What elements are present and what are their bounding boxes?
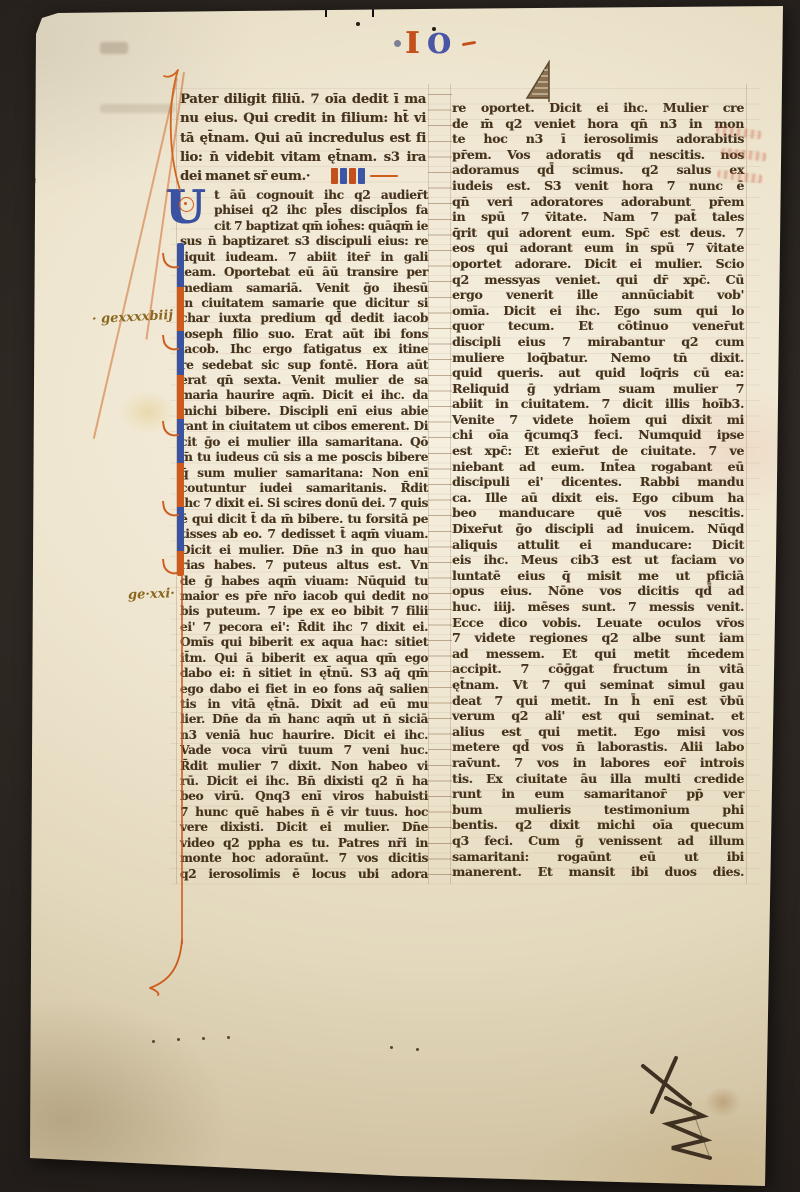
text-line: ad messem. Et qui metit m̄cedem: [452, 646, 744, 662]
text-line: cit 7 baptizat qm̄ ioh̄es: quāqm̄ ie: [180, 219, 428, 234]
text-line: iacob. Ihc ergo fatigatus ex itine: [180, 342, 428, 357]
pricking-dot: [227, 1036, 230, 1039]
text-line: quor tecum. Et cōtinuo vener̄ut: [452, 318, 744, 334]
text-line: discipuli ei' dicentes. Rabbi mandu: [452, 474, 744, 490]
text-line: lier. Dn̄e da m̄ hanc aqm̄ ut n̄ siciā: [180, 712, 428, 727]
column-rule: [746, 84, 747, 884]
chapter-numeral-IIII: [331, 167, 398, 184]
margin-note-genesis-21: ge·xxi·: [128, 586, 175, 603]
text-line: coutuntur iudei samaritanis. R̄dit: [180, 481, 428, 496]
pen-trial-zigzag: [630, 1052, 730, 1167]
initial-spacer: [180, 188, 214, 219]
column-rule: [450, 84, 451, 884]
edge-mark-m: m: [27, 176, 37, 186]
text-line: tis in vitā ęt̄nā. Dixit ad eū mu: [180, 697, 428, 712]
penwork-bar: [177, 243, 184, 576]
text-line: n3 veniā huc haurire. Dicit ei ihc.: [180, 728, 428, 743]
text-line: Pater diligit filiū. 7 oīa dedit ī ma: [180, 90, 426, 109]
header-numeral-o: O: [427, 29, 451, 60]
text-line: ioseph filio suo. Erat aūt ibi fons: [180, 327, 428, 342]
gutter-ruling-lines: [428, 94, 452, 884]
text-line: iudeis est. S3 venit hora 7 nunc ē: [452, 178, 744, 194]
text-line: manerent. Et mansit ibi duos dies.: [452, 864, 744, 880]
penwork-tail: [181, 576, 183, 944]
text-line: video q2 ppha es tu. Patres nr̄i in: [180, 836, 428, 851]
text-line: t āū cognouit ihc q2 audier̄t: [180, 188, 428, 203]
text-line: dabo ei: n̄ sitiet in ęt̄nū. S3 aq̄ qm̄: [180, 666, 428, 681]
text-line: in ciuitatem samarie que dicitur si: [180, 296, 428, 311]
text-line: ē qui dicit t̄ da m̄ bibere. tu forsitā …: [180, 512, 428, 527]
text-line: Venite 7 videte hoīem qui dixit mi: [452, 412, 744, 428]
pricking-dot: [177, 1038, 180, 1041]
text-line: nu eius. Qui credit in filium: ht̄ vi: [180, 109, 426, 128]
numeral-bar: [340, 168, 347, 184]
text-line: tis. Ex ciuitate āu illa multi credide: [452, 771, 744, 787]
parchment-leaf: I O Pater diligit filiū. 7 oīa dedit ī m…: [0, 0, 800, 1192]
text-line: q3 feci. Cum ḡ venissent ad illum: [452, 833, 744, 849]
text-line: omīa. Dicit ei ihc. Ego sum qui lo: [452, 303, 744, 319]
text-line: leam. Oportebat eū āū transire per: [180, 265, 428, 280]
text-line: ei' 7 pecora ei': R̄dit ihc 7 dixit ei.: [180, 620, 428, 635]
text-line: eis ihc. Meus cib3 est ut faciam vo: [452, 552, 744, 568]
text-column-left-paragraph2: t āū cognouit ihc q2 audier̄tphisei q2 i…: [180, 188, 428, 882]
text-line: ihc 7 dixit ei. Si scires donū dei. 7 qu…: [180, 496, 428, 511]
pencil-mark: [100, 42, 128, 54]
text-line: eos qui adorant eum in spū 7 v̄itate: [452, 240, 744, 256]
text-line: huc. iiij. mēses sunt. 7 messis venit.: [452, 599, 744, 615]
text-line: abiit in ciuitatem. 7 dicit illis hoīb3.: [452, 396, 744, 412]
text-line: 7 videte regiones q2 albe sunt iam: [452, 630, 744, 646]
text-line: est xpc̄: Et exier̄ut de ciuitate. 7 ve: [452, 443, 744, 459]
text-line: q2 ierosolimis ē locus ubi adora: [180, 867, 428, 882]
text-line: Vade voca virū tuum 7 veni huc.: [180, 743, 428, 758]
penwork-hook: [162, 333, 179, 352]
penwork-tail-curl: [146, 938, 186, 996]
text-line: verum q2 ali' est qui seminat. et: [452, 708, 744, 724]
text-line: m̄ tu iudeus cū sis a me poscis bibere: [180, 450, 428, 465]
leaf-shadow: I O Pater diligit filiū. 7 oīa dedit ī m…: [0, 0, 800, 1192]
photo-background: I O Pater diligit filiū. 7 oīa dedit ī m…: [0, 0, 800, 1192]
text-line: Dicit ei mulier. Dn̄e n3 in quo hau: [180, 543, 428, 558]
text-line: q2 messyas veniet. qui dr̄ xpc̄. Cū: [452, 272, 744, 288]
text-line: Dixer̄ut ḡo discipli ad inuicem. Nūqd: [452, 521, 744, 537]
text-line: beo manducare quē vos nescitis.: [452, 505, 744, 521]
pricking-dot: [356, 22, 360, 26]
text-line: Ecce dico vobis. Leuate oculos vr̄os: [452, 615, 744, 631]
numeral-bar: [358, 168, 365, 184]
text-line: metere qd̄ vos n̄ laborastis. Alii labo: [452, 739, 744, 755]
text-line: adoramus qd̄ scimus. q2 salus ex: [452, 162, 744, 178]
text-line: rav̄unt. 7 vos in labores eor̄ introis: [452, 755, 744, 771]
text-line: ca. Ille aū dixit eis. Ego cibum ha: [452, 490, 744, 506]
edge-tick: [325, 9, 327, 17]
pricking-dot: [416, 1048, 419, 1051]
header-numeral-i: I: [405, 26, 419, 61]
text-line: samaritani: rogaūnt eū ut ibi: [452, 849, 744, 865]
text-line: ergo venerit ille annūciabit vob': [452, 287, 744, 303]
text-line: 7 hunc quē habes n̄ ē vir tuus. hoc: [180, 805, 428, 820]
text-line: rū. Dicit ei ihc. Bn̄ dixisti q2 n̄ ha: [180, 774, 428, 789]
numeral-bar: [349, 168, 356, 184]
text-line: re oportet. Dicit ei ihc. Mulier cre: [452, 100, 744, 116]
text-line: deat 7 qui metit. In h̄ enī est v̄bū: [452, 693, 744, 709]
numeral-bar: [331, 168, 338, 184]
text-line: maria haurire aqm̄. Dicit ei ihc. da: [180, 388, 428, 403]
ascender-flourish: [150, 62, 186, 192]
text-line: discipli eius 7 mirabantur q2 cum: [452, 334, 744, 350]
text-column-left-paragraph1: Pater diligit filiū. 7 oīa dedit ī manu …: [180, 90, 426, 168]
text-line: monte hoc adoraūnt. 7 vos dicitis: [180, 851, 428, 866]
text-line: ego dabo ei fiet in eo fons aq̄ salien: [180, 682, 428, 697]
text-line: mediam samariā. Venit ḡo ihesū: [180, 281, 428, 296]
penwork-hook: [162, 499, 179, 518]
text-line: q̄rit qui adorent eum. Spc̄ est deus. 7: [452, 225, 744, 241]
text-line: sus n̄ baptizaret s3 discipuli eius: re: [180, 234, 428, 249]
text-line: bis puteum. 7 ipe ex eo bibit 7 filii: [180, 604, 428, 619]
column-rule: [428, 84, 429, 884]
text-line: Reliquid ḡ ydriam suam mulier 7: [452, 381, 744, 397]
text-line: lio: n̄ videbit vitam ęt̄nam. s3 ira: [180, 148, 426, 167]
text-line: runt in eum samaritanor̄ pp̄ ver: [452, 786, 744, 802]
text-line: in spū 7 v̄itate. Nam 7 pat̄ tales: [452, 209, 744, 225]
text-line: maior es pr̄e nr̄o iacob qui dedit no: [180, 589, 428, 604]
text-column-right: re oportet. Dicit ei ihc. Mulier crede m…: [452, 100, 744, 880]
text-line: bentis. q2 dixit michi oīa quecum: [452, 817, 744, 833]
text-line: alius est qui metit. Ego misi vos: [452, 724, 744, 740]
text-line: te hoc n3 ī ierosolimis adorabitis: [452, 131, 744, 147]
numeral-line-filler: [370, 175, 398, 177]
text-line: Omīs qui biberit ex aqua hac: sitiet: [180, 635, 428, 650]
margin-note-genesis-48: · gexxxxbiij: [92, 308, 174, 327]
text-line: de ḡ habes aqm̄ viuam: Nūquid tu: [180, 574, 428, 589]
text-line: niebant ad eum. Int̄ea rogabant eū: [452, 459, 744, 475]
penwork-hook: [162, 251, 179, 270]
cadel-flourish: [518, 54, 562, 106]
text-line: qn̄ veri adoratores adorabunt pr̄em: [452, 194, 744, 210]
text-line: ęt̄nam. Vt 7 qui seminat simul gau: [452, 677, 744, 693]
pricking-dot: [432, 27, 436, 31]
text-line: luntatē eius q̄ misit me ut pficiā: [452, 568, 744, 584]
edge-tick: [372, 9, 374, 17]
pricking-dot: [202, 1037, 205, 1040]
header-dot: [394, 40, 401, 47]
text-line: beo virū. Qnq3 enī viros habuisti: [180, 789, 428, 804]
text-line: accipit. 7 cōḡgat fructum in vitā: [452, 661, 744, 677]
text-line: pr̄em. Vos adoratis qd̄ nescitis. nos: [452, 147, 744, 163]
text-line: cit ḡo ei mulier illa samaritana. Qō: [180, 435, 428, 450]
text-line: vere dixisti. Dicit ei mulier. Dn̄e: [180, 820, 428, 835]
text-line: de m̄ q2 veniet hora qn̄ n3 in mon: [452, 116, 744, 132]
text-line: rias habes. 7 puteus altus est. Vn: [180, 558, 428, 573]
text-line: it̄m. Qui ā biberit ex aqua qm̄ ego: [180, 651, 428, 666]
text-line: rant in ciuitatem ut cibos emerent. Di: [180, 419, 428, 434]
text-line: tā ęt̄nam. Qui aū incredulus est fi: [180, 129, 426, 148]
text-line: oportet adorare. Dicit ei mulier. Scio: [452, 256, 744, 272]
text-line: q̄ sum mulier samaritana: Non enī: [180, 466, 428, 481]
penwork-hook: [162, 419, 179, 438]
text-line: R̄dit mulier 7 dixit. Non habeo vi: [180, 759, 428, 774]
text-line: erat qn̄ sexta. Venit mulier de sa: [180, 373, 428, 388]
text-line: re sedebat sic sup fontē. Hora aūt: [180, 358, 428, 373]
pricking-dot: [152, 1040, 155, 1043]
text-line: liquit iudeam. 7 abiit iter̄ in gali: [180, 250, 428, 265]
header-flourish: [462, 41, 476, 46]
text-line: bum mulieris testimonium phi: [452, 802, 744, 818]
text-line: opus eius. Nōne vos dicitis qd̄ ad: [452, 583, 744, 599]
text-line: quid queris. aut quid loq̄ris cū ea:: [452, 365, 744, 381]
text-line: aliquis attulit ei manducare: Dicit: [452, 537, 744, 553]
penwork-hook: [162, 557, 179, 576]
text-line: tisses ab eo. 7 dedisset t̄ aqm̄ viuam.: [180, 527, 428, 542]
pricking-dot: [390, 1046, 393, 1049]
text-line: chi oīa q̄cumq3 feci. Numquid ipse: [452, 427, 744, 443]
text-line: char iuxta predium qd̄ dedit iacob: [180, 311, 428, 326]
text-line: michi bibere. Discipli enī eius abie: [180, 404, 428, 419]
text-line: muliere loq̄batur. Nemo tn̄ dixit.: [452, 350, 744, 366]
text-line: phisei q2 ihc pl̄es discipl̄os fa: [180, 203, 428, 218]
